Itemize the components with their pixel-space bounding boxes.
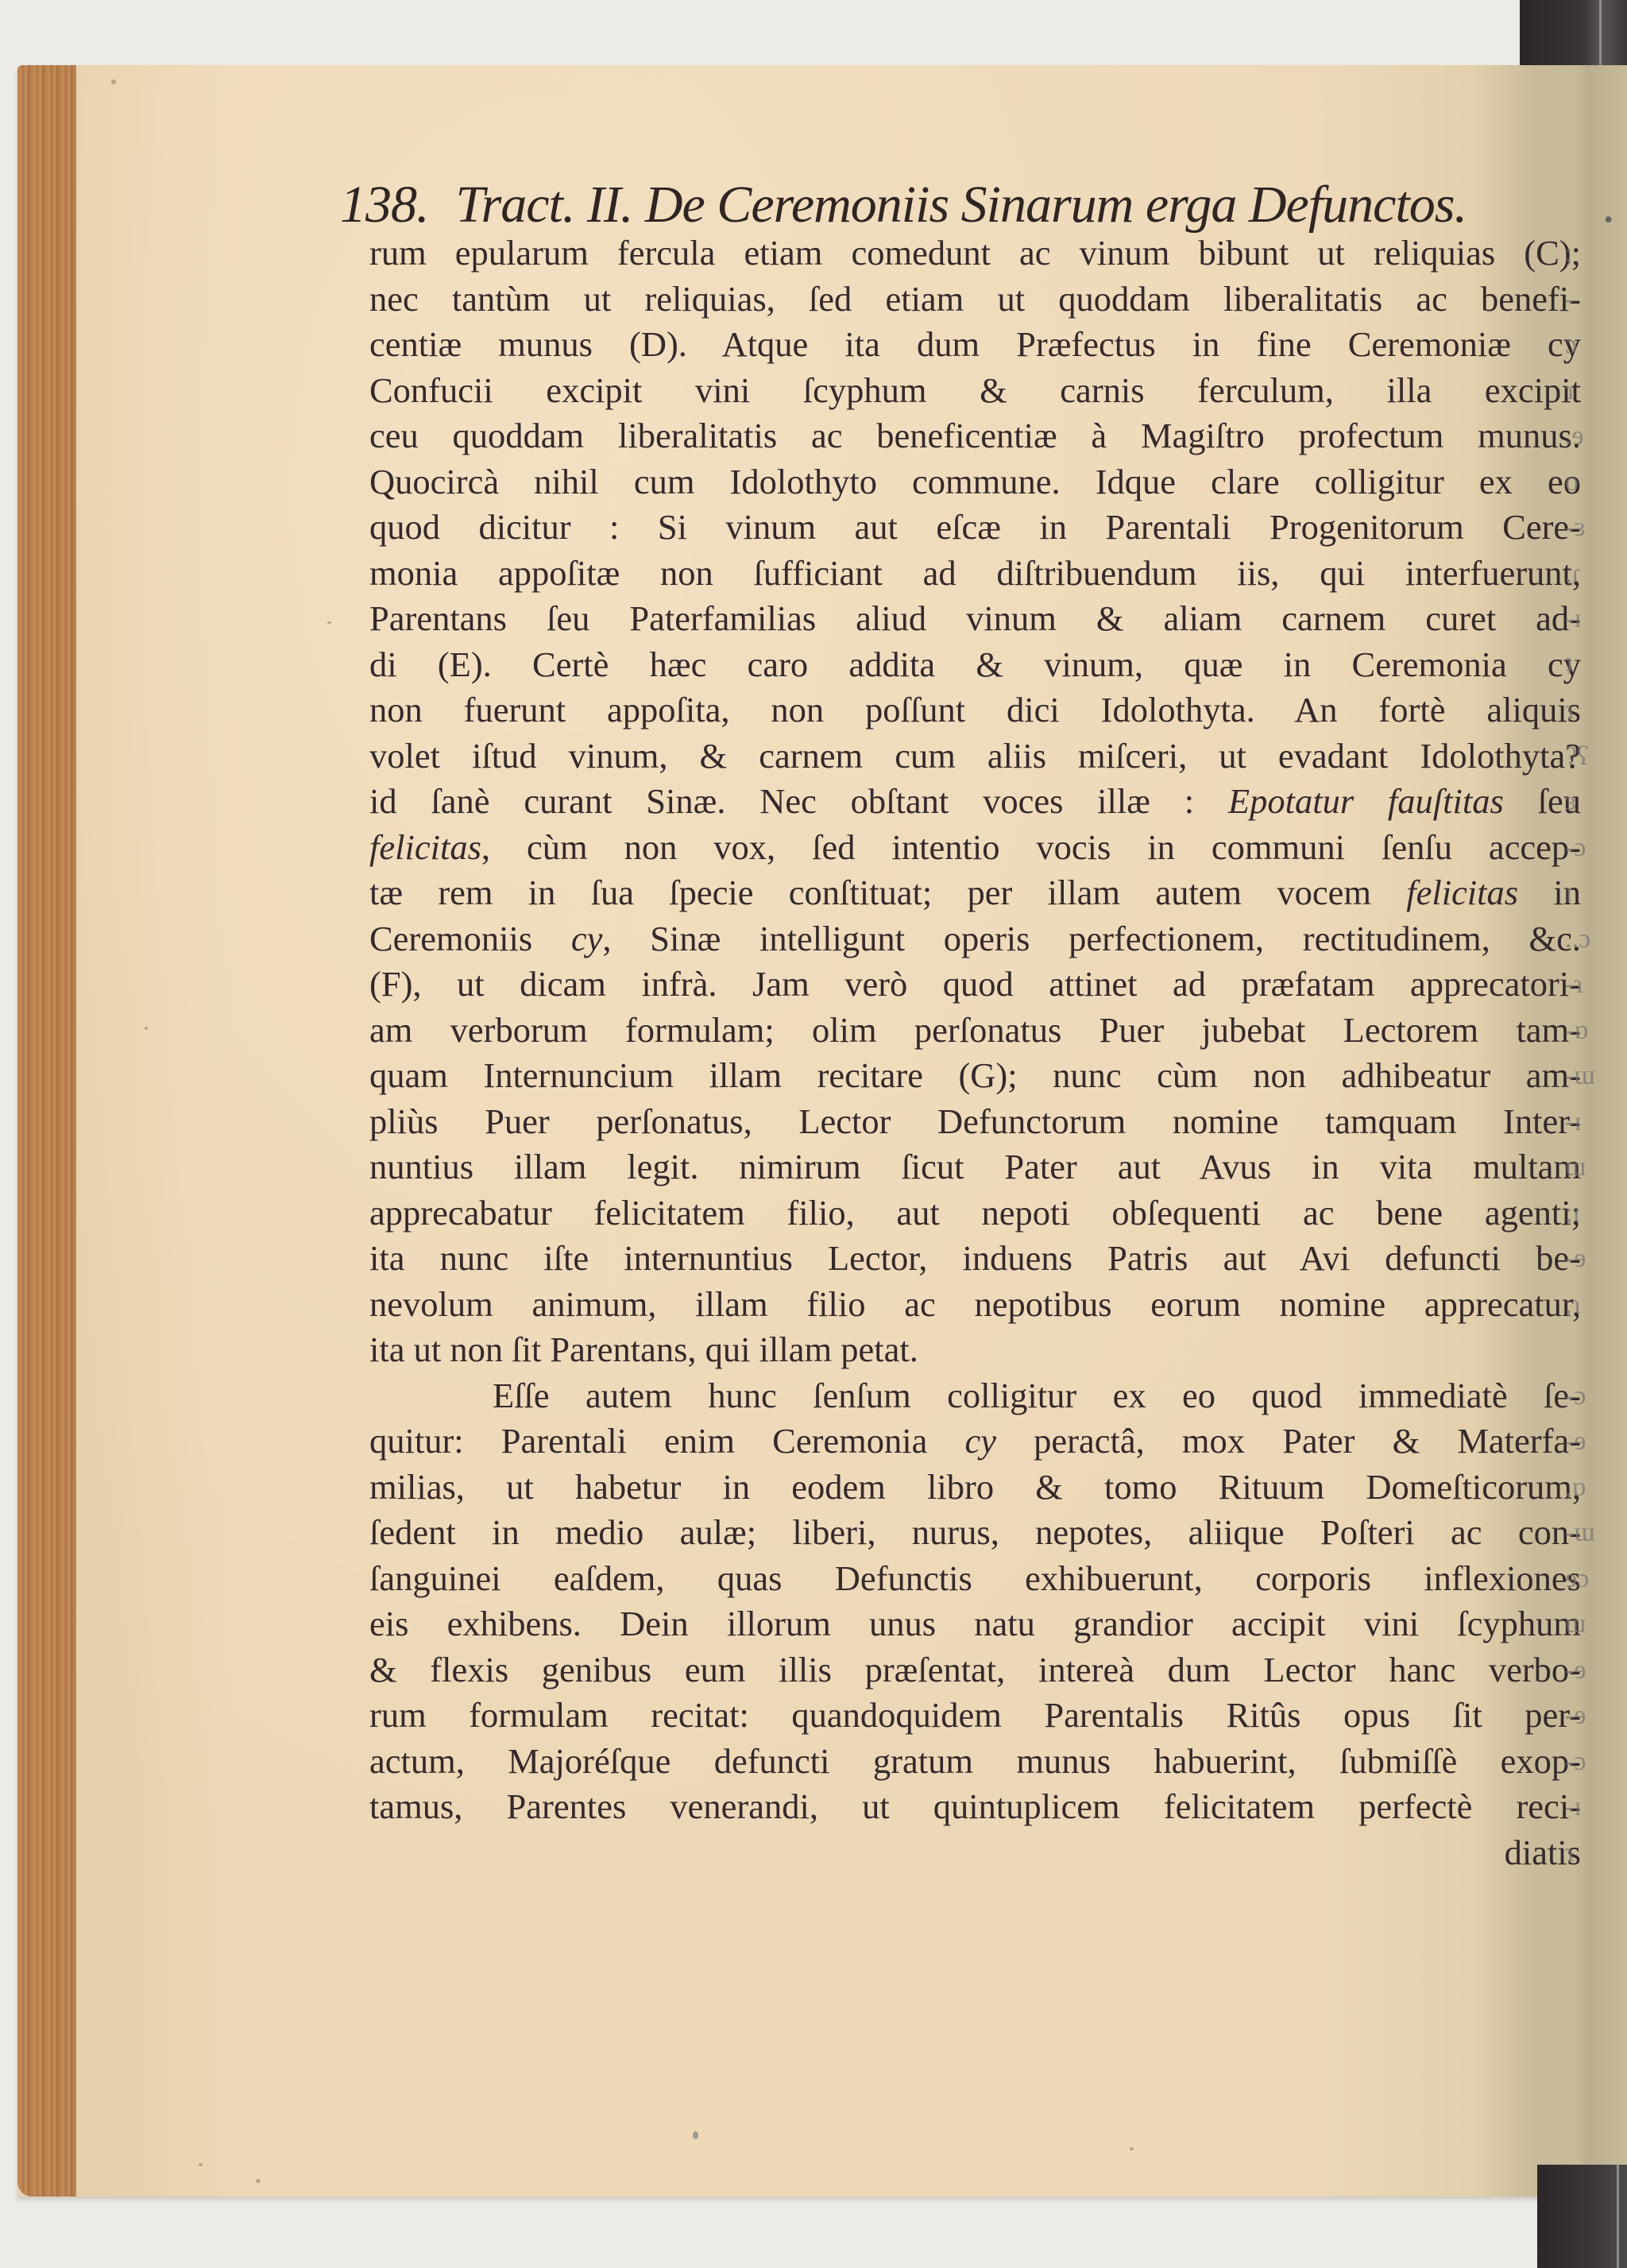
- text-line-content: ſedent in medio aulæ; liberi, nurus, nep…: [369, 1512, 1581, 1552]
- text-line-content: am verborum formulam; olim perſonatus Pu…: [369, 1010, 1581, 1050]
- show-through-fragment: ;ɪ: [1565, 1190, 1605, 1237]
- running-head-title: Tract. II. De Ceremoniis Sinarum erga De…: [456, 176, 1467, 234]
- show-through-fragment: -ɔ: [1565, 1739, 1605, 1785]
- text-line-content: quam Internuncium illam recitare (G); nu…: [369, 1055, 1581, 1095]
- italic-phrase: cy: [571, 919, 603, 958]
- italic-phrase: cy: [965, 1421, 997, 1461]
- show-through-fragment: ɘɔ: [1565, 1556, 1605, 1602]
- show-through-fragment: ,ɾ: [1565, 551, 1605, 597]
- text-line-content: ita nunc iſte internuntius Lector, indue…: [369, 1238, 1581, 1278]
- text-line: rum epularum fercula etiam comedunt ac v…: [369, 230, 1581, 277]
- text-line: actum, Majoréſque defuncti gratum munus …: [369, 1739, 1581, 1785]
- text-line: ita nunc iſte internuntius Lector, indue…: [369, 1236, 1581, 1282]
- text-line-content: quod dicitur : Si vinum aut eſcæ in Pare…: [369, 507, 1581, 547]
- show-through-fragment: ɔ: [1565, 322, 1605, 368]
- body-text: rum epularum fercula etiam comedunt ac v…: [369, 230, 1581, 1875]
- text-line: Parentans ſeu Paterfamilias aliud vinum …: [369, 596, 1581, 642]
- running-head-mark: .: [1603, 175, 1616, 235]
- show-through-fragment: -ɿ: [1565, 962, 1605, 1008]
- text-line: nuntius illam legit. nimirum ſicut Pater…: [369, 1144, 1581, 1190]
- page-fore-edge: [17, 65, 76, 2196]
- show-through-fragment: ɿ: [1565, 368, 1605, 414]
- show-through-fragment: -ɒ: [1565, 1008, 1605, 1054]
- text-line: milias, ut habetur in eodem libro & tomo…: [369, 1465, 1581, 1511]
- italic-phrase: felicitas: [369, 827, 481, 867]
- text-segment: Ceremoniis: [369, 919, 571, 958]
- text-line: Eſſe autem hunc ſenſum colligitur ex eo …: [369, 1373, 1581, 1419]
- text-line-content: & flexis genibus eum illis præſentat, in…: [369, 1650, 1581, 1689]
- book-clamp-bottom: [1537, 2165, 1627, 2268]
- text-segment: , Sinæ intelligunt operis perfectionem, …: [602, 919, 1581, 958]
- show-through-fragment: ;: [1565, 230, 1605, 277]
- text-line: monia appoſitæ non ſufficiant ad diſtrib…: [369, 551, 1581, 597]
- text-line: centiæ munus (D). Atque ita dum Præfectu…: [369, 322, 1581, 368]
- show-through-fragment: ɪ: [1565, 870, 1605, 916]
- text-line: pliùs Puer perſonatus, Lector Defunctoru…: [369, 1099, 1581, 1145]
- text-line-content: di (E). Certè hæc caro addita & vinum, q…: [369, 644, 1581, 684]
- text-line: ita ut non ſit Parentans, qui illam peta…: [369, 1327, 1581, 1373]
- text-line: non fuerunt appoſita, non poſſunt dici I…: [369, 687, 1581, 733]
- text-line-content: centiæ munus (D). Atque ita dum Præfectu…: [369, 324, 1581, 364]
- running-head: 138.Tract. II. De Ceremoniis Sinarum erg…: [340, 175, 1611, 238]
- text-line: Quocircà nihil cum Idolothyto commune. I…: [369, 459, 1581, 505]
- show-through-fragment: ɯ: [1565, 1144, 1605, 1190]
- text-line: apprecabatur felicitatem filio, aut nepo…: [369, 1190, 1581, 1237]
- text-segment: quitur: Parentali enim Ceremonia: [369, 1421, 965, 1461]
- italic-phrase: Epotatur fauſtitas: [1228, 781, 1504, 821]
- show-through-fragment: ,ɒ: [1565, 1465, 1605, 1511]
- text-line: rum formulam recitat: quandoquidem Paren…: [369, 1693, 1581, 1739]
- show-through-fragment: ʇ: [1565, 642, 1605, 688]
- show-through-fragment: ..ɔ: [1565, 916, 1605, 962]
- text-segment: peractâ, mox Pater & Materfa-: [996, 1421, 1581, 1461]
- show-through-fragment: -ɯ: [1565, 1510, 1605, 1556]
- text-line-content: rum formulam recitat: quandoquidem Paren…: [369, 1695, 1581, 1735]
- text-line: ſedent in medio aulæ; liberi, nurus, nep…: [369, 1510, 1581, 1556]
- text-line-content: pliùs Puer perſonatus, Lector Defunctoru…: [369, 1101, 1581, 1141]
- show-through-fragment: -ɘ: [1565, 1647, 1605, 1693]
- text-line: & flexis genibus eum illis præſentat, in…: [369, 1647, 1581, 1693]
- text-segment: id ſanè curant Sinæ. Nec obſtant voces i…: [369, 781, 1228, 821]
- text-line: quod dicitur : Si vinum aut eſcæ in Pare…: [369, 505, 1581, 551]
- text-line: diatis: [369, 1830, 1581, 1876]
- text-line-content: Confucii excipit vini ſcyphum & carnis f…: [369, 370, 1581, 410]
- show-through-fragment: ɜ: [1565, 779, 1605, 825]
- text-line: am verborum formulam; olim perſonatus Pu…: [369, 1008, 1581, 1054]
- show-through-fragment: ,ɿ: [1565, 1282, 1605, 1328]
- page-number: 138.: [340, 176, 429, 234]
- text-line-content: volet iſtud vinum, & carnem cum aliis mi…: [369, 736, 1581, 776]
- show-through-fragment: -ɪ: [1565, 1099, 1605, 1145]
- text-line-content: tamus, Parentes venerandi, ut quintuplic…: [369, 1786, 1581, 1826]
- show-through-fragment: -ɔ: [1565, 825, 1605, 871]
- text-line-content: non fuerunt appoſita, non poſſunt dici I…: [369, 690, 1581, 730]
- text-line: eis exhibens. Dein illorum unus natu gra…: [369, 1601, 1581, 1647]
- show-through-fragment: -ɪ: [1565, 1784, 1605, 1830]
- text-line-content: apprecabatur felicitatem filio, aut nepo…: [369, 1193, 1581, 1233]
- text-line-content: (F), ut dicam infrà. Jam verò quod attin…: [369, 964, 1581, 1004]
- show-through-text: ;-ɔɿ.ɘo-ɜ,ɾ-ɪʇɿ?ʕɜ-ɔɪ..ɔ-ɿ-ɒ-ɯ-ɪɯ;ɪ-ɘ,ɿ-…: [1565, 230, 1605, 1875]
- text-line: nec tantùm ut reliquias, ſed etiam ut qu…: [369, 277, 1581, 323]
- show-through-fragment: ɿ: [1565, 687, 1605, 733]
- text-line: Ceremoniis cy, Sinæ intelligunt operis p…: [369, 916, 1581, 962]
- text-line-content: nec tantùm ut reliquias, ſed etiam ut qu…: [369, 279, 1581, 319]
- text-line: (F), ut dicam infrà. Jam verò quod attin…: [369, 962, 1581, 1008]
- text-line-content: monia appoſitæ non ſufficiant ad diſtrib…: [369, 553, 1581, 593]
- show-through-fragment: -ɘ: [1565, 1418, 1605, 1465]
- show-through-fragment: ɯ: [1565, 1601, 1605, 1647]
- text-line: quam Internuncium illam recitare (G); nu…: [369, 1053, 1581, 1099]
- show-through-fragment: ɿ: [1565, 1830, 1605, 1876]
- show-through-fragment: -ɘ: [1565, 1236, 1605, 1282]
- show-through-fragment: -ɔ: [1565, 1373, 1605, 1419]
- text-line: tæ rem in ſua ſpecie conſtituat; per ill…: [369, 870, 1581, 916]
- show-through-fragment: -ɜ: [1565, 505, 1605, 551]
- text-line-content: actum, Majoréſque defuncti gratum munus …: [369, 1741, 1581, 1781]
- text-line-content: eis exhibens. Dein illorum unus natu gra…: [369, 1604, 1581, 1643]
- text-line: nevolum animum, illam filio ac nepotibus…: [369, 1282, 1581, 1328]
- show-through-fragment: .ɘ: [1565, 413, 1605, 459]
- text-segment: tæ rem in ſua ſpecie conſtituat; per ill…: [369, 873, 1406, 912]
- show-through-fragment: o: [1565, 459, 1605, 505]
- show-through-fragment: [1565, 1327, 1605, 1373]
- text-line-content: nevolum animum, illam filio ac nepotibus…: [369, 1284, 1581, 1324]
- show-through-fragment: -ɘ: [1565, 1693, 1605, 1739]
- show-through-fragment: -ɯ: [1565, 1053, 1605, 1099]
- text-segment: , cùm non vox, ſed intentio vocis in com…: [481, 827, 1581, 867]
- text-line-content: rum epularum fercula etiam comedunt ac v…: [369, 233, 1581, 273]
- text-line: volet iſtud vinum, & carnem cum aliis mi…: [369, 733, 1581, 780]
- text-line-content: ceu quoddam liberalitatis ac beneficenti…: [369, 416, 1581, 455]
- show-through-fragment: -ɪ: [1565, 596, 1605, 642]
- text-line: ceu quoddam liberalitatis ac beneficenti…: [369, 413, 1581, 459]
- text-line: id ſanè curant Sinæ. Nec obſtant voces i…: [369, 779, 1581, 825]
- italic-phrase: felicitas: [1406, 873, 1518, 912]
- text-line-content: ſanguinei eaſdem, quas Defunctis exhibue…: [369, 1558, 1581, 1598]
- text-line: ſanguinei eaſdem, quas Defunctis exhibue…: [369, 1556, 1581, 1602]
- book-clamp-top: [1520, 0, 1627, 67]
- text-line-content: Parentans ſeu Paterfamilias aliud vinum …: [369, 598, 1581, 638]
- text-line-content: ita ut non ſit Parentans, qui illam peta…: [369, 1329, 918, 1369]
- show-through-fragment: -: [1565, 277, 1605, 323]
- text-line-content: milias, ut habetur in eodem libro & tomo…: [369, 1467, 1581, 1507]
- text-line: Confucii excipit vini ſcyphum & carnis f…: [369, 368, 1581, 414]
- text-line: quitur: Parentali enim Ceremonia cy pera…: [369, 1418, 1581, 1465]
- text-line: di (E). Certè hæc caro addita & vinum, q…: [369, 642, 1581, 688]
- text-line: felicitas, cùm non vox, ſed intentio voc…: [369, 825, 1581, 871]
- text-line: tamus, Parentes venerandi, ut quintuplic…: [369, 1784, 1581, 1830]
- text-line-content: nuntius illam legit. nimirum ſicut Pater…: [369, 1147, 1581, 1186]
- show-through-fragment: ?ʕ: [1565, 733, 1605, 780]
- text-line-content: Quocircà nihil cum Idolothyto commune. I…: [369, 462, 1581, 501]
- text-line-content: Eſſe autem hunc ſenſum colligitur ex eo …: [493, 1376, 1581, 1415]
